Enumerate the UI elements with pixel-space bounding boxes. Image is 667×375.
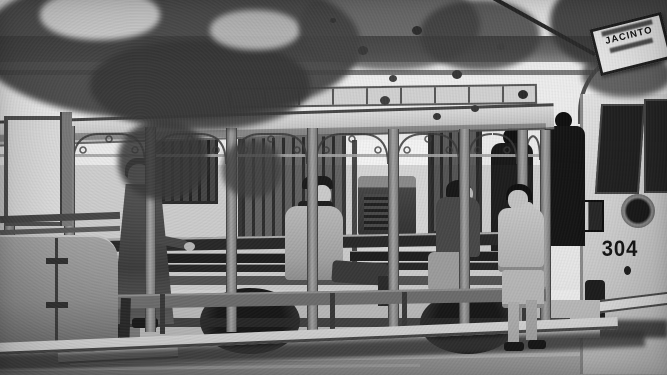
dashboard-hinge-tab-1	[46, 258, 68, 264]
photograph: 304	[0, 0, 667, 375]
photo-scene: 304	[0, 0, 667, 375]
standing-boy-leg-right	[526, 300, 537, 340]
standing-boy	[498, 184, 560, 356]
sill-stanchion-2	[330, 293, 335, 333]
standing-boy-shoe-right	[528, 340, 546, 349]
tree-foliage-mass-b	[90, 40, 310, 130]
standing-boy-sweater	[498, 208, 544, 272]
sill-stanchion-1	[160, 294, 165, 334]
standing-boy-shoe-left	[504, 342, 524, 351]
leaf-dots	[330, 18, 336, 23]
end-frame-post	[60, 112, 72, 226]
standing-boy-leg-left	[508, 302, 519, 342]
tree-foliage-mass-d	[420, 0, 540, 70]
tree-foliage-dangling	[118, 120, 208, 200]
dashboard-hinge-tab-2	[46, 302, 68, 308]
tree-foliage-dangling-2	[222, 140, 282, 198]
dashboard-hinge	[55, 238, 58, 346]
end-dashboard	[0, 235, 118, 351]
tree-foliage-gap-2	[210, 10, 300, 50]
end-windscreen	[4, 116, 68, 226]
